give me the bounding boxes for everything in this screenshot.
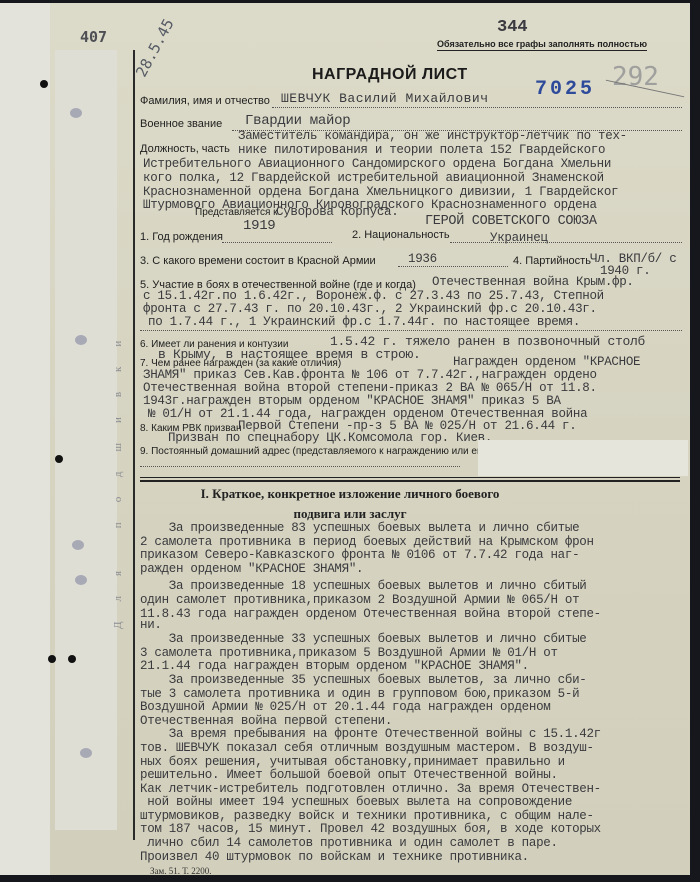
- narrative-line: ражден орденом "КРАСНОЕ ЗНАМЯ".: [140, 563, 700, 577]
- birth-year-underline: [222, 242, 332, 243]
- birth-year-label: 1. Год рождения: [140, 231, 223, 243]
- binding-hole: [40, 80, 48, 88]
- section1-narrative: За произведенные 83 успешных боевых выле…: [140, 522, 700, 864]
- binding-hole: [48, 655, 56, 663]
- instruction-note: Обязательно все графы заполнять полность…: [437, 39, 647, 51]
- name-value: ШЕВЧУК Василий Михайлович: [281, 91, 489, 106]
- section-title: I. Краткое, конкретное изложение личного…: [0, 486, 700, 502]
- nationality-label: 2. Национальность: [352, 229, 450, 241]
- margin-vertical-label: Для подшивки: [112, 290, 132, 660]
- position-line: Истребительного Авиационного Сандомирско…: [143, 157, 611, 171]
- narrative-line: ной войны имеет 194 успешных боевых выле…: [140, 796, 700, 810]
- binding-hole: [68, 655, 76, 663]
- pencil-crossed-number: 292: [612, 62, 659, 92]
- nationality-underline: [450, 242, 682, 243]
- ink-blot: [80, 748, 92, 758]
- narrative-line: 3 самолета противника,приказом 5 Воздушн…: [140, 647, 700, 661]
- narrative-line: 21.1.44 года награжден вторым орденом "К…: [140, 660, 700, 674]
- battles-line: Отечественная война Крым.фр.: [432, 275, 634, 289]
- margin-paper-patch: [55, 50, 117, 830]
- address-label: 9. Постоянный домашний адрес (представля…: [140, 446, 523, 457]
- rvk-value: Призван по спецнабору ЦК.Комсомола гор. …: [168, 431, 492, 445]
- nationality-value: Украинец: [490, 231, 548, 245]
- registration-stamp: 7025: [535, 78, 595, 101]
- section-divider: [140, 480, 680, 482]
- narrative-line: За произведенные 83 успешных боевых выле…: [140, 522, 700, 536]
- army-since-underline: [398, 266, 508, 267]
- battles-line: по 1.7.44 г., 1 Украинский фр.с 1.7.44г.…: [148, 315, 580, 329]
- previous-awards-line: Награжден орденом "КРАСНОЕ: [453, 355, 640, 369]
- ink-blot: [72, 540, 84, 550]
- ink-blot: [75, 575, 87, 585]
- army-since-value: 1936: [408, 252, 437, 266]
- narrative-line: 2 самолета противника в период боевых де…: [140, 536, 700, 550]
- section-divider: [140, 477, 680, 478]
- nominated-prefix: Суворова Корпуса.: [276, 205, 398, 219]
- narrative-line: тые 3 самолета противника и один в групп…: [140, 688, 700, 702]
- redacted-address: [478, 440, 688, 476]
- page-title: НАГРАДНОЙ ЛИСТ: [312, 66, 468, 84]
- previous-awards-line: ЗНАМЯ" приказ Сев.Кав.фронта № 106 от 7.…: [143, 368, 597, 382]
- print-code: Зам. 51. Т. 2200.: [150, 866, 212, 876]
- rank-value: Гвардии майор: [245, 113, 350, 129]
- narrative-line: ных боях решения, учитывая обстановку,пр…: [140, 756, 700, 770]
- position-line: Краснознаменной ордена Богдана Хмельницк…: [143, 185, 618, 199]
- narrative-line: Воздушной Армии № 025/Н от 20.1.44 года …: [140, 701, 700, 715]
- army-since-label: 3. С какого времени состоит в Красной Ар…: [140, 255, 376, 267]
- nominated-label: Представляется к: [195, 207, 278, 218]
- narrative-line: 11.8.43 года награжден орденом Отечестве…: [140, 608, 700, 622]
- rank-label: Военное звание: [140, 118, 222, 130]
- narrative-line: За время пребывания на фронте Отечествен…: [140, 728, 700, 742]
- ink-blot: [70, 108, 82, 118]
- nominated-value: ГЕРОЙ СОВЕТСКОГО СОЮЗА: [425, 214, 597, 229]
- archive-number-top: 344: [497, 18, 528, 37]
- binding-stub: [0, 3, 50, 875]
- position-label: Должность, часть: [140, 143, 230, 155]
- address-underline: [140, 466, 460, 467]
- narrative-line: один самолет противника,приказом 2 Возду…: [140, 594, 700, 608]
- narrative-line: ни.: [140, 621, 700, 629]
- position-line: Заместитель командира, он же инструктор-…: [238, 129, 627, 143]
- narrative-line: Произвел 40 штурмовок по войскам и техни…: [140, 851, 700, 865]
- battles-underline: [140, 330, 682, 331]
- narrative-line: тов. ШЕВЧУК показал себя отличным воздуш…: [140, 742, 700, 756]
- margin-rule: [133, 50, 135, 840]
- position-line: нике пилотирования и теории полета 152 Г…: [238, 143, 605, 157]
- narrative-line: приказом Северо-Кавказского фронта № 010…: [140, 549, 700, 563]
- narrative-line: Как летчик-истребитель подготовлен отлич…: [140, 783, 700, 797]
- narrative-line: За произведенные 18 успешных боевых выле…: [140, 580, 700, 594]
- battles-line: с 15.1.42г.по 1.6.42г., Воронеж.ф. с 27.…: [143, 289, 604, 303]
- party-label: 4. Партийность: [513, 255, 591, 267]
- previous-awards-line: 1943г.награжден вторым орденом "КРАСНОЕ …: [143, 394, 561, 408]
- narrative-line: За произведенные 33 успешных боевых выле…: [140, 633, 700, 647]
- section-subtitle: подвига или заслуг: [0, 506, 700, 522]
- ink-blot: [75, 335, 87, 345]
- narrative-line: решительно. Имеет большой боевой опыт От…: [140, 769, 700, 783]
- binding-hole: [55, 455, 63, 463]
- name-label: Фамилия, имя и отчество: [140, 95, 270, 107]
- archive-number-left: 407: [80, 28, 107, 46]
- name-underline: [272, 107, 682, 108]
- narrative-line: За произведенные 35 успешных боевых выле…: [140, 674, 700, 688]
- narrative-line: том 187 часов, 15 минут. Провел 42 возду…: [140, 823, 700, 837]
- previous-awards-line: Отечественная война второй степени-прика…: [143, 381, 597, 395]
- birth-year-value: 1919: [243, 218, 275, 234]
- position-line: кого полка, 12 Гвардейской истребительно…: [143, 171, 604, 185]
- narrative-line: Отечественная война первой степени.: [140, 715, 700, 729]
- narrative-line: лично сбил 14 самолетов противника и оди…: [140, 837, 700, 851]
- narrative-line: штурмовиков, разведку войск и техники пр…: [140, 810, 700, 824]
- battles-line: фронта с 27.7.43 г. по 20.10.43г., 2 Укр…: [143, 302, 597, 316]
